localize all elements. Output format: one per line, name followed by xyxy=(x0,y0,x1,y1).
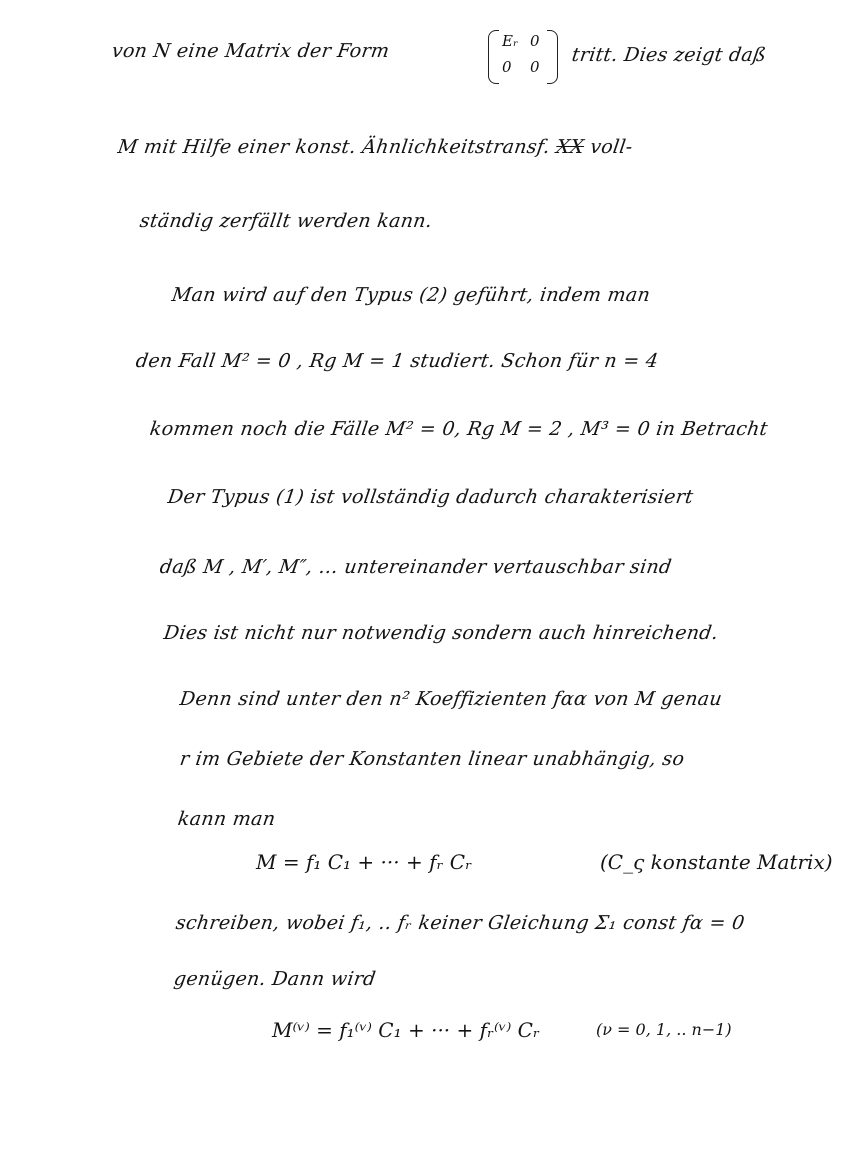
formula-2: M⁽ᵛ⁾ = f₁⁽ᵛ⁾ C₁ + ··· + fᵣ⁽ᵛ⁾ Cᵣ xyxy=(272,1018,540,1042)
block-matrix: Eᵣ 0 0 0 xyxy=(488,30,558,86)
formula-lhs: M⁽ᵛ⁾ = xyxy=(272,1018,333,1042)
text-line-11: r im Gebiete der Konstanten linear unabh… xyxy=(178,748,685,770)
matrix-cell: Eᵣ xyxy=(502,32,518,50)
text-line-6: kommen noch die Fälle M² = 0, Rg M = 2 ,… xyxy=(148,418,769,440)
struck-text: XX xyxy=(555,136,586,158)
manuscript-page: von N eine Matrix der Form Eᵣ 0 0 0 trit… xyxy=(0,0,850,1170)
formula-1: M = f₁ C₁ + ··· + fᵣ Cᵣ xyxy=(256,850,472,874)
text-line-4: Man wird auf den Typus (2) geführt, inde… xyxy=(170,284,651,306)
text-line-13: schreiben, wobei f₁, .. fᵣ keiner Gleich… xyxy=(174,912,746,934)
formula-2-note: (ν = 0, 1, .. n−1) xyxy=(596,1020,732,1039)
matrix-cell: 0 xyxy=(530,58,540,76)
formula-lhs: M = xyxy=(256,850,300,874)
matrix-cell: 0 xyxy=(502,58,512,76)
formula-rhs: f₁⁽ᵛ⁾ C₁ + ··· + fᵣ⁽ᵛ⁾ Cᵣ xyxy=(339,1018,540,1042)
formula-rhs: f₁ C₁ + ··· + fᵣ Cᵣ xyxy=(306,850,472,874)
text-line-10: Denn sind unter den n² Koeffizienten fαα… xyxy=(178,688,723,710)
text-line-8: daß M , M′, M″, ... untereinander vertau… xyxy=(158,556,673,578)
text-line-12: kann man xyxy=(176,808,276,830)
text-line-9: Dies ist nicht nur notwendig sondern auc… xyxy=(162,622,719,644)
text-segment: M mit Hilfe einer konst. Ähnlichkeitstra… xyxy=(116,136,557,158)
text-line-14: genügen. Dann wird xyxy=(172,968,377,990)
matrix-right-bracket xyxy=(547,30,558,84)
formula-1-note: (C_ς konstante Matrix) xyxy=(600,850,833,874)
text-line-1: von N eine Matrix der Form xyxy=(110,40,390,62)
text-line-3: ständig zerfällt werden kann. xyxy=(138,210,433,232)
matrix-left-bracket xyxy=(488,30,499,84)
matrix-cell: 0 xyxy=(530,32,540,50)
text-line-5: den Fall M² = 0 , Rg M = 1 studiert. Sch… xyxy=(134,350,659,372)
text-line-7: Der Typus (1) ist vollständig dadurch ch… xyxy=(166,486,694,508)
text-segment: voll- xyxy=(582,136,634,158)
text-line-1-tail: tritt. Dies zeigt daß xyxy=(570,44,767,66)
text-line-2: M mit Hilfe einer konst. Ähnlichkeitstra… xyxy=(116,136,634,158)
